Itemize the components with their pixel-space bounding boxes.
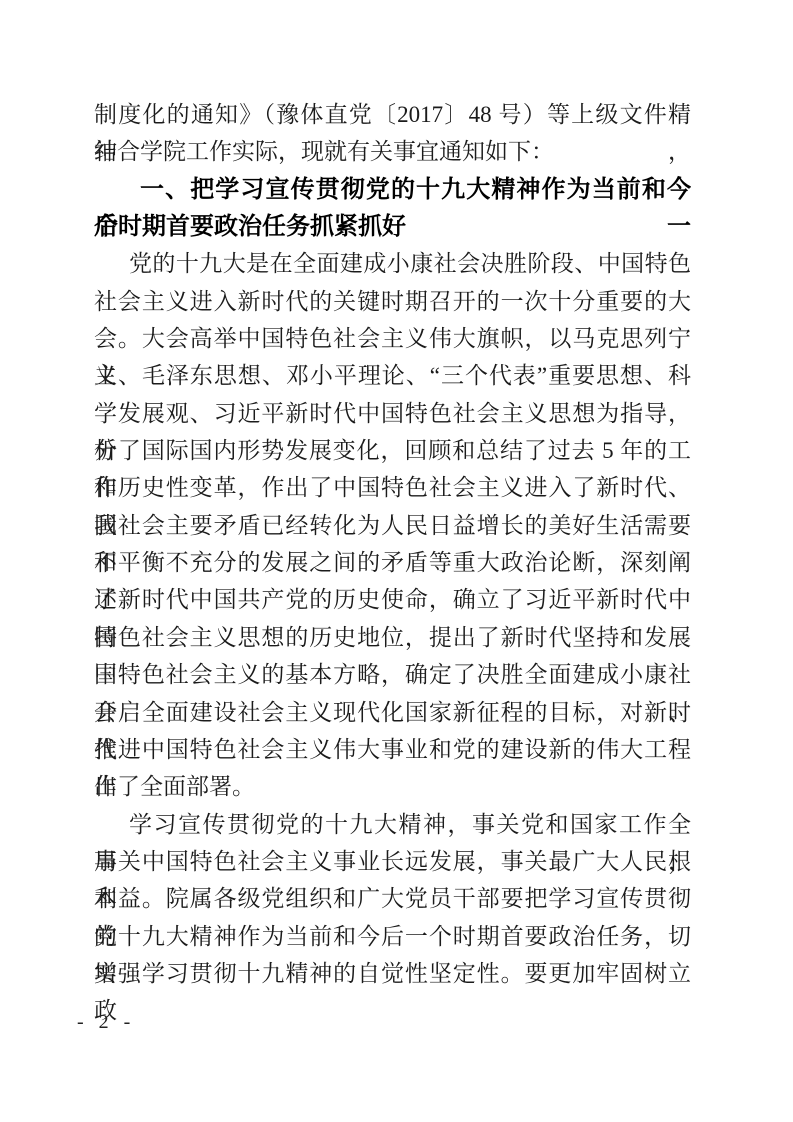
text-line: 党的十九大是在全面建成小康社会决胜阶段、中国特色 — [94, 245, 691, 282]
text-line: 制度化的通知》（豫体直党〔2017〕48 号）等上级文件精神， — [94, 96, 691, 133]
section-heading-line: 一、把学习宣传贯彻党的十九大精神作为当前和今后一 — [94, 171, 691, 208]
text-line: 利益。院属各级党组织和广大党员干部要把学习宣传贯彻党 — [94, 880, 691, 917]
text-line: 国特色社会主义的基本方略，确定了决胜全面建成小康社会、 — [94, 656, 691, 693]
text-line: 义、毛泽东思想、邓小平理论、“三个代表”重要思想、科 — [94, 357, 691, 394]
text-line: 会。大会高举中国特色社会主义伟大旗帜，以马克思列宁主 — [94, 320, 691, 357]
text-line: 学发展观、习近平新时代中国特色社会主义思想为指导，分 — [94, 395, 691, 432]
text-line: 不平衡不充分的发展之间的矛盾等重大政治论断，深刻阐述 — [94, 544, 691, 581]
text-line: 的十九大精神作为当前和今后一个时期首要政治任务，切实 — [94, 918, 691, 955]
text-line: 出了全面部署。 — [94, 768, 691, 805]
text-line: 了新时代中国共产党的历史使命，确立了习近平新时代中国 — [94, 581, 691, 618]
document-body: 制度化的通知》（豫体直党〔2017〕48 号）等上级文件精神， 结合学院工作实际… — [94, 96, 691, 992]
text-line: 社会主义进入新时代的关键时期召开的一次十分重要的大 — [94, 283, 691, 320]
text-line: 开启全面建设社会主义现代化国家新征程的目标，对新时代 — [94, 694, 691, 731]
text-line: 增强学习贯彻十九精神的自觉性坚定性。要更加牢固树立政 — [94, 955, 691, 992]
text-line: 特色社会主义思想的历史地位，提出了新时代坚持和发展中 — [94, 619, 691, 656]
document-page: 制度化的通知》（豫体直党〔2017〕48 号）等上级文件精神， 结合学院工作实际… — [0, 0, 793, 1122]
text-line: 推进中国特色社会主义伟大事业和党的建设新的伟大工程作 — [94, 731, 691, 768]
text-line: 和历史性变革，作出了中国特色社会主义进入了新时代、我 — [94, 469, 691, 506]
text-line: 学习宣传贯彻党的十九大精神，事关党和国家工作全局， — [94, 806, 691, 843]
text-line: 析了国际国内形势发展变化，回顾和总结了过去 5 年的工作 — [94, 432, 691, 469]
page-number: - 2 - — [77, 1010, 135, 1034]
text-line: 事关中国特色社会主义事业长远发展，事关最广大人民根本 — [94, 843, 691, 880]
text-line: 国社会主要矛盾已经转化为人民日益增长的美好生活需要和 — [94, 507, 691, 544]
